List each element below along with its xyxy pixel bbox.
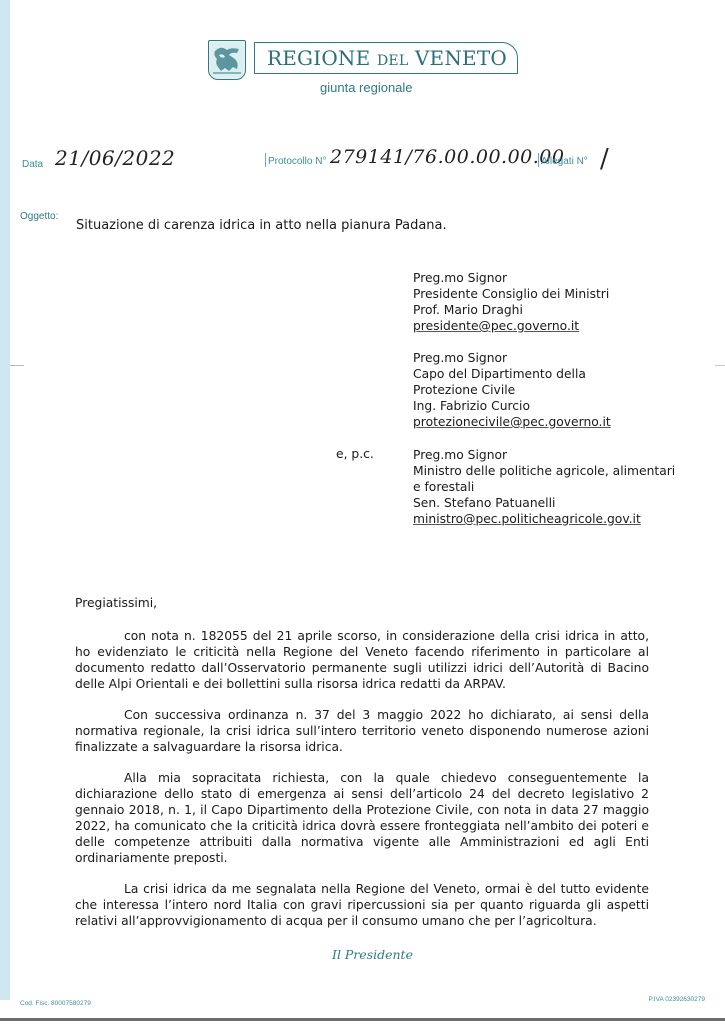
- recipient-line: Sen. Stefano Patuanelli: [413, 495, 675, 511]
- protocollo-separator: [265, 153, 266, 167]
- recipient-email-link[interactable]: presidente@pec.governo.it: [413, 318, 611, 334]
- allegati-value: /: [600, 144, 609, 174]
- recipient-civil-protection: Preg.mo Signor Capo del Dipartimento del…: [413, 350, 611, 430]
- paragraph: La crisi idrica da me segnalata nella Re…: [75, 881, 649, 929]
- recipient-prime-minister: Preg.mo Signor Presidente Consiglio dei …: [413, 270, 611, 334]
- recipients: Preg.mo Signor Presidente Consiglio dei …: [413, 270, 611, 446]
- protocollo-label: Protocollo N°: [268, 156, 326, 167]
- oggetto-text: Situazione di carenza idrica in atto nel…: [76, 218, 447, 233]
- allegati-separator: [538, 153, 539, 167]
- bottom-rule: [0, 1018, 725, 1021]
- cc-recipient: Preg.mo Signor Ministro delle politiche …: [413, 447, 675, 527]
- recipient-email-link[interactable]: protezionecivile@pec.governo.it: [413, 414, 611, 430]
- greeting: Pregiatissimi,: [75, 596, 157, 610]
- recipient-line: e forestali: [413, 479, 675, 495]
- data-value: 21/06/2022: [55, 146, 175, 170]
- allegati-label: Allegati N°: [541, 156, 588, 167]
- recipient-line: Preg.mo Signor: [413, 350, 611, 366]
- recipient-line: Presidente Consiglio dei Ministri: [413, 286, 611, 302]
- org-name-box: REGIONE DEL VENETO: [254, 42, 518, 74]
- recipient-line: Preg.mo Signor: [413, 270, 611, 286]
- recipient-line: Protezione Civile: [413, 382, 611, 398]
- recipient-email-link[interactable]: ministro@pec.politicheagricole.gov.it: [413, 511, 675, 527]
- oggetto-label: Oggetto:: [20, 211, 58, 222]
- paragraph: con nota n. 182055 del 21 aprile scorso,…: [75, 628, 649, 692]
- recipient-line: Preg.mo Signor: [413, 447, 675, 463]
- org-name: REGIONE DEL VENETO: [267, 46, 507, 70]
- recipient-line: Capo del Dipartimento della: [413, 366, 611, 382]
- org-name-part-1: REGIONE: [267, 46, 370, 70]
- lion-of-saint-mark-crest-icon: [208, 40, 246, 80]
- left-margin-strip: [0, 0, 10, 1000]
- fold-mark-right: [715, 365, 725, 366]
- recipient-line: Prof. Mario Draghi: [413, 302, 611, 318]
- protocollo-value: 279141/76.00.00.00.00: [330, 146, 564, 168]
- signature-title: Il Presidente: [332, 947, 413, 962]
- org-subtitle: giunta regionale: [320, 80, 413, 95]
- cc-label: e, p.c.: [336, 447, 374, 461]
- p-iva: P.IVA 02392630279: [648, 996, 705, 1003]
- letter-body: con nota n. 182055 del 21 aprile scorso,…: [75, 628, 649, 944]
- org-name-part-small: DEL: [377, 53, 408, 69]
- cod-fisc: Cod. Fisc. 80007580279: [20, 1000, 91, 1007]
- paragraph: Con successiva ordinanza n. 37 del 3 mag…: [75, 707, 649, 755]
- data-label: Data: [22, 159, 43, 170]
- paragraph: Alla mia sopracitata richiesta, con la q…: [75, 770, 649, 866]
- org-name-part-2: VENETO: [415, 46, 507, 70]
- fold-mark: [10, 365, 24, 366]
- recipient-line: Ing. Fabrizio Curcio: [413, 398, 611, 414]
- recipient-line: Ministro delle politiche agricole, alime…: [413, 463, 675, 479]
